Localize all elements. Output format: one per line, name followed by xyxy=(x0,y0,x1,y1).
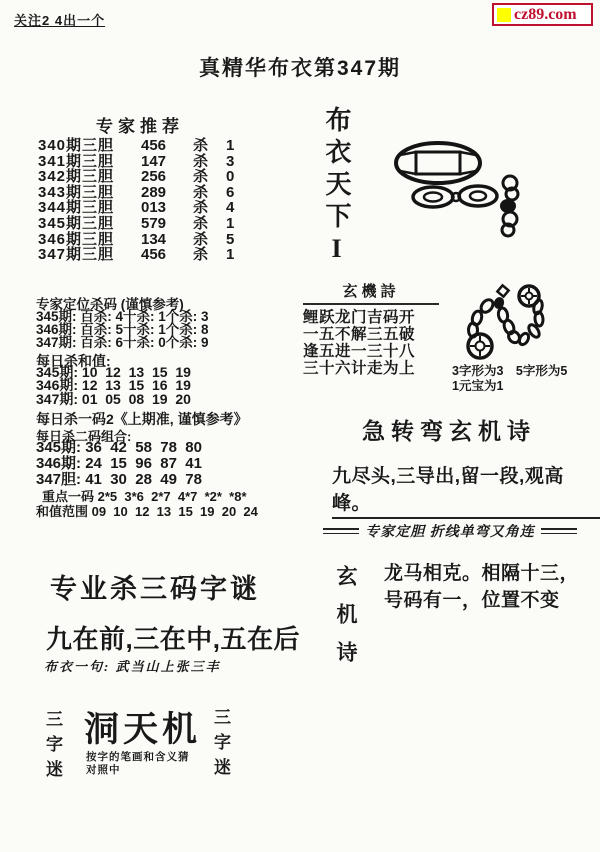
row-dan: 456 xyxy=(141,247,193,263)
kill-three-title: 专业杀三码字谜 xyxy=(50,567,260,606)
daily-kill-two-rows: 345期: 36 42 58 78 80 346期: 24 15 96 87 4… xyxy=(36,440,202,489)
row-period: 346期三胆 xyxy=(38,232,141,248)
logo-square-icon xyxy=(497,8,511,22)
three-riddle-hint: 按字的笔画和含义猜 对照中 xyxy=(86,751,190,777)
row-kill-label: 杀 xyxy=(193,232,226,248)
row-kill-value: 1 xyxy=(226,138,234,154)
page-title: 真精华布衣第347期 xyxy=(0,52,600,82)
bottom-right-line2: 号码有一，位置不变 xyxy=(384,587,579,614)
row-kill-label: 杀 xyxy=(193,154,226,170)
row-kill-label: 杀 xyxy=(193,216,226,232)
xuanji-poem-lines: 鲤跃龙门吉码开 一五不解三五破 逢五进一三十八 三十六计走为上 xyxy=(303,309,439,377)
row-period: 340期三胆 xyxy=(38,138,141,154)
xuanji-poem: 玄機詩 鲤跃龙门吉码开 一五不解三五破 逢五进一三十八 三十六计走为上 xyxy=(303,280,439,377)
site-logo[interactable]: cz89.com xyxy=(492,3,593,26)
row-dan: 256 xyxy=(141,169,193,185)
three-riddle-answer: 洞天机 xyxy=(84,702,201,752)
three-riddle-hint-line2: 对照中 xyxy=(86,764,190,777)
poem-line: 三十六计走为上 xyxy=(303,360,439,377)
shape-note-2: 1元宝为1 xyxy=(452,376,503,394)
daily-kill-sum-rows: 345期: 10 12 13 15 19 346期: 12 13 15 16 1… xyxy=(36,366,191,406)
three-riddle-hint-line1: 按字的笔画和含义猜 xyxy=(86,751,190,764)
xuanji-poem-title: 玄機詩 xyxy=(303,280,439,305)
row-kill-label: 杀 xyxy=(193,138,226,154)
sharp-turn-title: 急转弯玄机诗 xyxy=(362,413,536,446)
kill-three-line: 九在前,三在中,五在后 xyxy=(46,619,300,656)
three-riddle-right-label: 三字迷 xyxy=(208,708,233,783)
row-dan: 013 xyxy=(141,200,193,216)
row-kill-label: 杀 xyxy=(193,247,226,263)
poem-line: 一五不解三五破 xyxy=(303,326,439,343)
row-dan: 289 xyxy=(141,185,193,201)
expert-row: 342期三胆 256 杀 0 xyxy=(38,169,234,185)
row-kill-label: 杀 xyxy=(193,169,226,185)
row-period: 341期三胆 xyxy=(38,154,141,170)
buyi-sentence: 布衣一句: 武当山上张三丰 xyxy=(44,656,221,675)
row-kill-value: 1 xyxy=(226,247,234,263)
top-note: 关注2 4出一个 xyxy=(14,10,105,29)
buyi-tianxia-title: 布衣天下I xyxy=(318,106,355,269)
row-dan: 134 xyxy=(141,232,193,248)
row-kill-value: 4 xyxy=(226,200,234,216)
separator-label: 专家定胆 折线单弯又角连 xyxy=(365,521,535,541)
poem-line: 逢五进一三十八 xyxy=(303,343,439,360)
sum-range-line: 和值范围 09 10 12 13 15 19 20 24 xyxy=(36,501,258,520)
row-period: 344期三胆 xyxy=(38,200,141,216)
expert-row: 346期三胆 134 杀 5 xyxy=(38,232,234,248)
bottom-right-vertical-title: 玄机诗 xyxy=(330,565,360,679)
row-dan: 579 xyxy=(141,216,193,232)
expert-dingdan-separator: 专家定胆 折线单弯又角连 xyxy=(312,521,588,541)
lottery-tip-sheet: 关注2 4出一个 cz89.com 真精华布衣第347期 专家推荐 340期三胆… xyxy=(0,0,600,852)
expert-row: 341期三胆 147 杀 3 xyxy=(38,154,234,170)
row-kill-value: 6 xyxy=(226,185,234,201)
expert-row: 340期三胆 456 杀 1 xyxy=(38,138,234,154)
expert-row: 347期三胆 456 杀 1 xyxy=(38,247,234,263)
logo-text: cz89.com xyxy=(514,6,577,24)
row-period: 345期三胆 xyxy=(38,216,141,232)
sharp-turn-line: 九尽头,三导出,留一段,观高峰。 xyxy=(332,461,600,519)
position-kill-row: 347期: 百杀: 6十杀: 0个杀: 9 xyxy=(36,336,209,349)
expert-recommend-table: 340期三胆 456 杀 1 341期三胆 147 杀 3 342期三胆 256… xyxy=(38,138,234,263)
daily-kill-two-row: 345期: 36 42 58 78 80 xyxy=(36,440,202,456)
bottom-right-line1: 龙马相克。相隔十三， xyxy=(384,560,579,587)
row-period: 347期三胆 xyxy=(38,247,141,263)
row-kill-value: 1 xyxy=(226,216,234,232)
daily-kill-sum-row: 347期: 01 05 08 19 20 xyxy=(36,393,191,406)
three-riddle-left-label: 三字迷 xyxy=(40,710,65,785)
row-dan: 456 xyxy=(141,138,193,154)
daily-kill-two-row: 346期: 24 15 96 87 41 xyxy=(36,456,202,472)
row-kill-value: 3 xyxy=(226,154,234,170)
row-kill-value: 0 xyxy=(226,169,234,185)
row-dan: 147 xyxy=(141,154,193,170)
poem-line: 鲤跃龙门吉码开 xyxy=(303,309,439,326)
coin-chain-drawing xyxy=(450,272,565,364)
row-kill-label: 杀 xyxy=(193,200,226,216)
bottom-right-lines: 龙马相克。相隔十三， 号码有一，位置不变 xyxy=(384,560,579,614)
bead-chain-drawing xyxy=(388,138,548,240)
expert-row: 345期三胆 579 杀 1 xyxy=(38,216,234,232)
expert-recommend-title: 专家推荐 xyxy=(96,112,184,137)
row-period: 342期三胆 xyxy=(38,169,141,185)
expert-row: 344期三胆 013 杀 4 xyxy=(38,200,234,216)
row-kill-value: 5 xyxy=(226,232,234,248)
position-kill-rows: 345期: 百杀: 4十杀: 1个杀: 3 346期: 百杀: 5十杀: 1个杀… xyxy=(36,310,209,350)
